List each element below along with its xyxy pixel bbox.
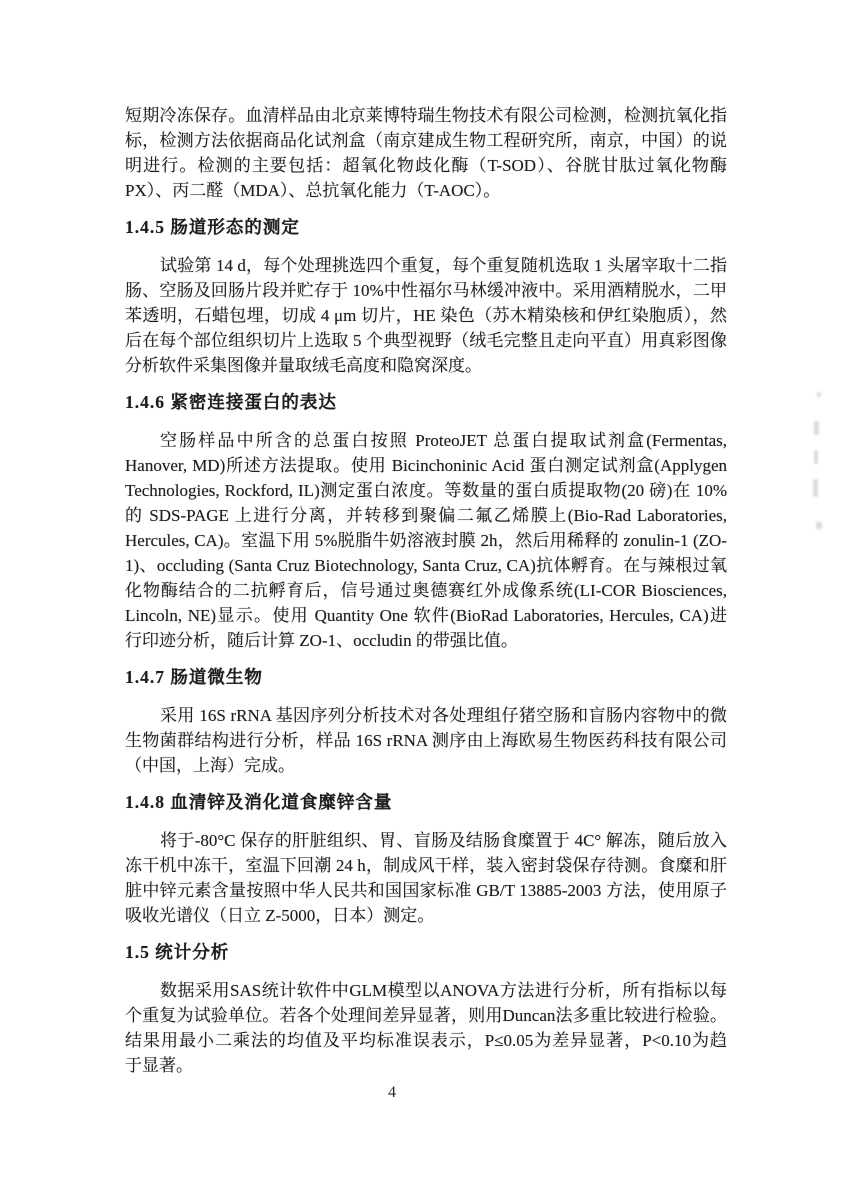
text-line: 行印迹分析，随后计算 ZO-1、occludin 的带强比值。 xyxy=(125,628,727,653)
scanned-thesis-page: 短期冷冻保存。血清样品由北京莱博特瑞生物技术有限公司检测，检测抗氧化指标，检测方… xyxy=(0,0,848,1200)
scan-artifact-mark xyxy=(817,392,821,397)
text-line: 于显著。 xyxy=(125,1053,727,1078)
text-line: 短期冷冻保存。血清样品由北京莱博特瑞生物技术有限公司检测，检测抗氧化指 xyxy=(125,103,727,128)
text-line: 结果用最小二乘法的均值及平均标准误表示，P≤0.05为差异显著，P<0.10为趋 xyxy=(125,1028,727,1053)
text-line: 标，检测方法依据商品化试剂盒（南京建成生物工程研究所，南京，中国）的说 xyxy=(125,128,727,153)
text-line: Hercules, CA)。室温下用 5%脱脂牛奶溶液封膜 2h，然后用稀释的 … xyxy=(125,528,727,553)
text-line: 试验第 14 d，每个处理挑选四个重复，每个重复随机选取 1 头屠宰取十二指 xyxy=(125,253,727,278)
paragraph: 试验第 14 d，每个处理挑选四个重复，每个重复随机选取 1 头屠宰取十二指肠、… xyxy=(125,253,727,378)
text-line: 明进行。检测的主要包括：超氧化物歧化酶（T-SOD）、谷胱甘肽过氧化物酶（GSH… xyxy=(125,153,727,178)
text-line: Lincoln, NE)显示。使用 Quantity One 软件(BioRad… xyxy=(125,603,727,628)
text-line: 的 SDS-PAGE 上进行分离，并转移到聚偏二氟乙烯膜上(Bio-Rad La… xyxy=(125,503,727,528)
document-body: 短期冷冻保存。血清样品由北京莱博特瑞生物技术有限公司检测，检测抗氧化指标，检测方… xyxy=(125,103,727,1078)
page-number: 4 xyxy=(352,1084,432,1102)
text-line: 苯透明，石蜡包埋，切成 4 μm 切片，HE 染色（苏木精染核和伊红染胞质），然 xyxy=(125,303,727,328)
scan-artifact-mark xyxy=(816,522,822,529)
text-line: 肠、空肠及回肠片段并贮存于 10%中性福尔马林缓冲液中。采用酒精脱水，二甲 xyxy=(125,278,727,303)
paragraph: 短期冷冻保存。血清样品由北京莱博特瑞生物技术有限公司检测，检测抗氧化指标，检测方… xyxy=(125,103,727,203)
text-line: 数据采用SAS统计软件中GLM模型以ANOVA方法进行分析，所有指标以每 xyxy=(125,978,727,1003)
section-heading: 1.4.7 肠道微生物 xyxy=(125,665,727,690)
section-heading: 1.5 统计分析 xyxy=(125,940,727,965)
text-line: 化物酶结合的二抗孵育后，信号通过奥德赛红外成像系统(LI-COR Bioscie… xyxy=(125,578,727,603)
paragraph: 数据采用SAS统计软件中GLM模型以ANOVA方法进行分析，所有指标以每个重复为… xyxy=(125,978,727,1078)
paragraph: 采用 16S rRNA 基因序列分析技术对各处理组仔猪空肠和盲肠内容物中的微生物… xyxy=(125,703,727,778)
text-line: 冻干机中冻干，室温下回潮 24 h，制成风干样，装入密封袋保存待测。食糜和肝 xyxy=(125,853,727,878)
section-heading: 1.4.6 紧密连接蛋白的表达 xyxy=(125,390,727,415)
section-heading: 1.4.5 肠道形态的测定 xyxy=(125,215,727,240)
scan-artifact-mark xyxy=(814,450,818,464)
text-line: Hanover, MD)所述方法提取。使用 Bicinchoninic Acid… xyxy=(125,453,727,478)
text-line: 脏中锌元素含量按照中华人民共和国国家标准 GB/T 13885-2003 方法，… xyxy=(125,878,727,903)
text-line: 1)、occluding (Santa Cruz Biotechnology, … xyxy=(125,553,727,578)
scan-artifact-mark xyxy=(813,479,818,497)
scan-artifact-mark xyxy=(814,421,819,435)
text-line: 分析软件采集图像并量取绒毛高度和隐窝深度。 xyxy=(125,353,727,378)
text-line: （中国，上海）完成。 xyxy=(125,753,727,778)
text-line: Technologies, Rockford, IL)测定蛋白浓度。等数量的蛋白… xyxy=(125,478,727,503)
section-heading: 1.4.8 血清锌及消化道食糜锌含量 xyxy=(125,790,727,815)
text-line: 采用 16S rRNA 基因序列分析技术对各处理组仔猪空肠和盲肠内容物中的微 xyxy=(125,703,727,728)
text-line: 将于-80°C 保存的肝脏组织、胃、盲肠及结肠食糜置于 4C° 解冻，随后放入 xyxy=(125,828,727,853)
text-line: 空肠样品中所含的总蛋白按照 ProteoJET 总蛋白提取试剂盒(Ferment… xyxy=(125,428,727,453)
text-line: 生物菌群结构进行分析，样品 16S rRNA 测序由上海欧易生物医药科技有限公司 xyxy=(125,728,727,753)
paragraph: 将于-80°C 保存的肝脏组织、胃、盲肠及结肠食糜置于 4C° 解冻，随后放入冻… xyxy=(125,828,727,928)
text-line: 个重复为试验单位。若各个处理间差异显著，则用Duncan法多重比较进行检验。 xyxy=(125,1003,727,1028)
text-line: PX）、丙二醛（MDA）、总抗氧化能力（T-AOC）。 xyxy=(125,178,727,203)
text-line: 吸收光谱仪（日立 Z-5000，日本）测定。 xyxy=(125,903,727,928)
paragraph: 空肠样品中所含的总蛋白按照 ProteoJET 总蛋白提取试剂盒(Ferment… xyxy=(125,428,727,653)
text-line: 后在每个部位组织切片上选取 5 个典型视野（绒毛完整且走向平直）用真彩图像 xyxy=(125,328,727,353)
